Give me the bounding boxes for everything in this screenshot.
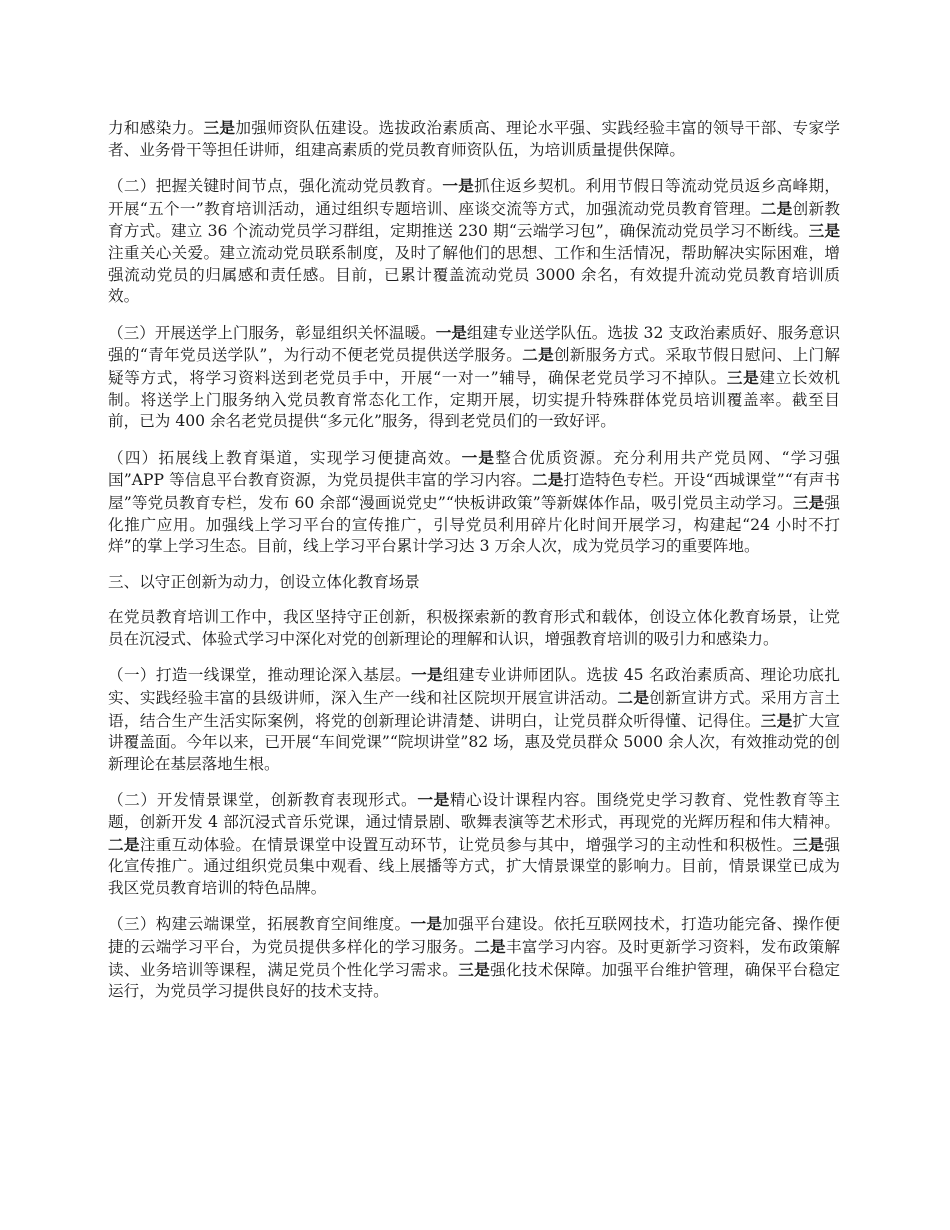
paragraph-frontline-classroom: （一）打造一线课堂，推动理论深入基层。一是组建专业讲师团队。选拔 45 名政治素…	[108, 664, 840, 775]
paragraph-door-to-door: （三）开展送学上门服务，彰显组织关怀温暖。一是组建专业送学队伍。选拔 32 支政…	[108, 322, 840, 433]
paragraph-teacher-team: 力和感染力。三是加强师资队伍建设。选拔政治素质高、理论水平强、实践经验丰富的领导…	[108, 117, 840, 161]
paragraph-section-intro: 在党员教育培训工作中，我区坚持守正创新，积极探索新的教育形式和载体，创设立体化教…	[108, 607, 840, 650]
paragraph-mobile-members: （二）把握关键时间节点，强化流动党员教育。一是抓住返乡契机。利用节假日等流动党员…	[108, 175, 840, 308]
paragraph-cloud-classroom: （三）构建云端课堂，拓展教育空间维度。一是加强平台建设。依托互联网技术，打造功能…	[108, 913, 840, 1002]
section-heading: 三、以守正创新为动力，创设立体化教育场景	[108, 572, 840, 594]
document-body: 力和感染力。三是加强师资队伍建设。选拔政治素质高、理论水平强、实践经验丰富的领导…	[108, 117, 840, 1017]
paragraph-scenario-classroom: （二）开发情景课堂，创新教育表现形式。一是精心设计课程内容。围绕党史学习教育、党…	[108, 789, 840, 899]
paragraph-online-channels: （四）拓展线上教育渠道，实现学习便捷高效。一是整合优质资源。充分利用共产党员网、…	[108, 447, 840, 558]
